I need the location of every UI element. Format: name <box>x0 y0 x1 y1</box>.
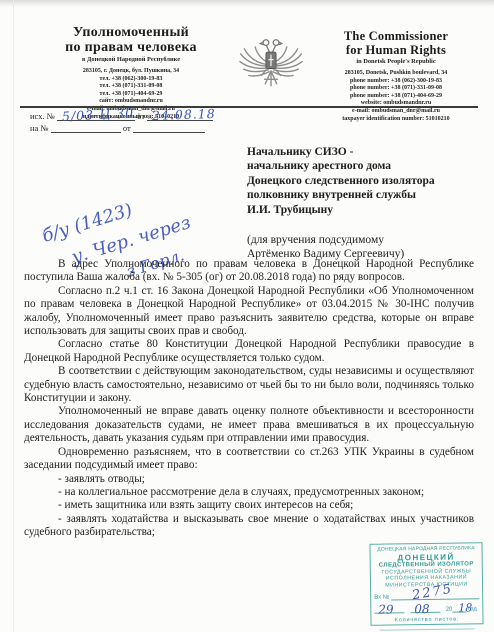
scan-edge-left <box>13 0 14 632</box>
contact-line: phone number: +38 (071)-404-69-29 <box>310 93 482 101</box>
addressee-block: Начальнику СИЗО -начальнику арестного до… <box>247 145 482 262</box>
incoming-label: на № <box>30 123 49 133</box>
addressee-line: И.И. Трубицыну <box>247 203 482 217</box>
contact-line: 283105, г. Донецк, бул. Пушкина, 34 <box>20 68 242 76</box>
registration-stamp: ДОНЕЦКАЯ НАРОДНАЯ РЕСПУБЛИКА ДОНЕЦКИЙ СЛ… <box>369 542 483 626</box>
document-page: Уполномоченный по правам человека в Доне… <box>0 0 494 632</box>
outgoing-date-handwriting: 24.08.18 <box>152 106 216 123</box>
outgoing-ot-label: от <box>137 111 145 121</box>
org-subtitle-ru: в Донецкой Народной Республике <box>20 56 242 64</box>
stamp-day-handwriting: 29 <box>378 603 393 617</box>
outgoing-label: исх. № <box>30 111 55 121</box>
outgoing-ref-row: исх. № от 5/03-Ц 30 24.08.18 <box>30 111 270 123</box>
org-title-ru: Уполномоченный <box>20 25 242 40</box>
stamp-date-row: 20 год 29 08 18 <box>374 603 479 614</box>
addressee-lines: Начальнику СИЗО -начальнику арестного до… <box>247 145 482 217</box>
org-title-en-2: for Human Rights <box>310 44 482 58</box>
addressee-line: Начальнику СИЗО - <box>247 145 482 159</box>
body-paragraph: В адрес Уполномоченного по правам челове… <box>24 258 474 285</box>
incoming-ref-row: на № от <box>30 123 270 135</box>
org-subtitle-en: in Donetsk People's Republic <box>310 58 482 66</box>
body-paragraph: Уполномоченный не вправе давать оценку п… <box>24 405 474 445</box>
addressee-line: полковнику внутренней службы <box>247 188 482 202</box>
contact-line: taxpayer identification number: 51010210 <box>310 116 482 124</box>
body-paragraph: Согласно статье 80 Конституции Донецкой … <box>24 338 474 365</box>
body-paragraph: - заявлять ходатайства и высказывать сво… <box>24 513 474 540</box>
contact-line: e-mail: ombudsman_dnr@mail.ru <box>310 108 482 116</box>
contact-line: тел. +38 (071)-331-09-08 <box>20 83 242 91</box>
stamp-footer-line <box>380 626 475 631</box>
addressee-line: начальнику арестного дома <box>247 159 482 173</box>
reference-block: исх. № от 5/03-Ц 30 24.08.18 на № от <box>30 111 270 135</box>
delivery-note-line: (для вручения подсудимому <box>247 233 482 247</box>
incoming-number-line <box>51 123 121 133</box>
scan-edge-top <box>0 0 494 7</box>
dpr-eagle-emblem-icon <box>233 27 309 105</box>
org-title-en: The Commissioner <box>310 30 482 44</box>
stamp-sheets-label: Количество листов: <box>374 616 479 623</box>
body-paragraph: - заявлять отводы; <box>24 473 474 486</box>
stamp-number-row: Вх № 2275 <box>374 590 479 601</box>
body-paragraph: - на коллегиальное рассмотрение дела в с… <box>24 486 474 499</box>
body-paragraph: Одновременно разъясняем, что в соответст… <box>24 446 474 473</box>
body-paragraph: В соответствии с действующим законодател… <box>24 365 474 405</box>
org-title-ru-2: по правам человека <box>20 40 242 55</box>
letter-body: В адрес Уполномоченного по правам челове… <box>24 258 474 540</box>
stamp-year-handwriting: 18 <box>458 602 472 615</box>
contact-line: phone number: +38 (071)-331-09-08 <box>310 85 482 93</box>
org-contacts-en: 283105, Donetsk, Pushkin boulevard, 34ph… <box>310 70 482 123</box>
stamp-in-label: Вх № <box>374 595 389 601</box>
contact-line: 283105, Donetsk, Pushkin boulevard, 34 <box>310 70 482 78</box>
body-paragraph: Согласно п.2 ч.1 ст. 16 Закона Донецкой … <box>24 285 474 339</box>
letterhead-english: The Commissioner for Human Rights in Don… <box>310 30 482 123</box>
addressee-line: Донецкого следственного изолятора <box>247 174 482 188</box>
incoming-date-line <box>133 123 205 133</box>
outgoing-number-handwriting: 5/03-Ц 30 <box>62 105 135 124</box>
body-paragraph: - иметь защитника или взять защиту своих… <box>24 499 474 512</box>
incoming-ot-label: от <box>123 123 131 133</box>
stamp-month-handwriting: 08 <box>414 602 429 616</box>
